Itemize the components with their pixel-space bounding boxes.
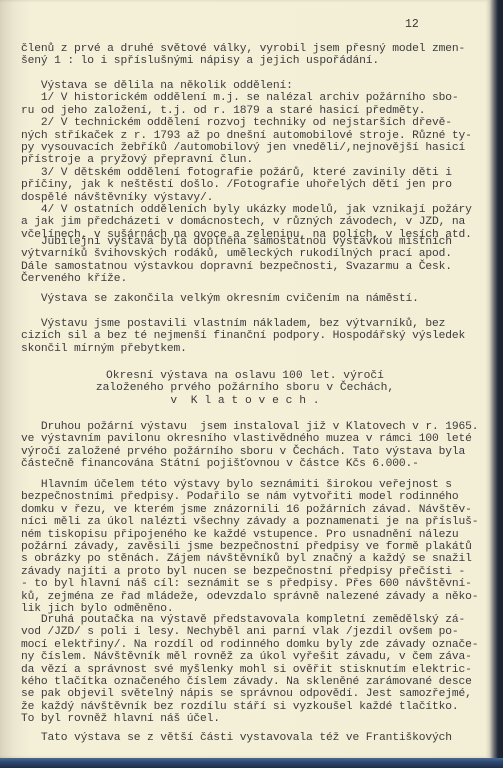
text-line: závady najíti a proto byl nucen se bezpe… bbox=[21, 566, 486, 578]
text-line: ve výstavním pavilonu okresního vlastivě… bbox=[21, 433, 486, 445]
text-line: přístroje a pryžový přepravní člun. bbox=[21, 154, 486, 166]
text-line: - to byl hlavní náš cíl: seznámit se s p… bbox=[21, 578, 486, 590]
text-line: Výstava se zakončila velkým okresním cvi… bbox=[21, 293, 486, 305]
text-line: Červeného kříže. bbox=[21, 273, 486, 285]
page-number: 12 bbox=[405, 18, 419, 31]
paragraph: Jubilejní výstava byla doplněna samostat… bbox=[21, 236, 486, 286]
text-line: ků, zejména ze řad mládeže, odevzdalo sp… bbox=[21, 591, 486, 603]
text-line: ných stříkaček z r. 1793 až po dnešní au… bbox=[21, 130, 486, 142]
text-line: domku v řezu, ve kterém jsme znázornili … bbox=[21, 504, 486, 516]
text-line: Dále samostatnou výstavkou dopravní bezp… bbox=[21, 261, 486, 273]
text-line: bezpečnostními předpisy. Podařilo se nám… bbox=[21, 491, 486, 503]
text-line: a jak jim předcházeti v domácnostech, v … bbox=[21, 216, 486, 228]
text-line: ru od jeho založení, t.j. od r. 1879 a s… bbox=[21, 105, 486, 117]
text-line: 2/ V technickém oddělení rozvoj techniky… bbox=[21, 117, 486, 129]
text-line: 4/ V ostatních odděleních byly ukázky mo… bbox=[21, 204, 486, 216]
text-line: 3/ V dětském oddělení fotografie požárů,… bbox=[21, 167, 486, 179]
text-line: To byl rovněž hlavní náš účel. bbox=[21, 713, 486, 725]
text-line: šený 1 : lo i spříslušnými nápisy a jeji… bbox=[21, 55, 486, 67]
text-line: cizích sil a bez té nejmenší finanční po… bbox=[21, 330, 486, 342]
text-line: Jubilejní výstava byla doplněna samostat… bbox=[21, 236, 486, 248]
text-line: výtvarníků švihovských rodáků, uměleckýc… bbox=[21, 248, 486, 260]
text-line: členů z prvé a druhé světové války, vyro… bbox=[21, 43, 486, 55]
text-line: py vysouvacích žebříků /automobilový jen… bbox=[21, 142, 486, 154]
text-line: vod /JZD/ s poli i lesy. Nechyběl ani pa… bbox=[21, 626, 486, 638]
typewritten-page: 12 členů z prvé a druhé světové války, v… bbox=[0, 0, 490, 758]
paragraph: Druhá poutačka na výstavě představovala … bbox=[21, 614, 486, 726]
text-line: ném tiskopisu připojeného ke každé vstup… bbox=[21, 529, 486, 541]
text-line: níci měli za úkol nalézti všechny závady… bbox=[21, 516, 486, 528]
text-line: Druhou požární výstavu jsem instaloval j… bbox=[21, 421, 486, 433]
text-line: výročí založené prvého požárního sboru v… bbox=[21, 446, 486, 458]
text-line: Výstava se dělila na několik oddělení: bbox=[21, 80, 486, 92]
text-line: dospělé návštěvníky výstavy/. bbox=[21, 192, 486, 204]
text-line: ny číslem. Návštěvník měl rovněž za úkol… bbox=[21, 651, 486, 663]
paragraph: členů z prvé a druhé světové války, vyro… bbox=[21, 43, 486, 68]
text-line: že každý návštěvník bez rozdílu stáří si… bbox=[21, 701, 486, 713]
text-line: Hlavním účelem této výstavy bylo seznámi… bbox=[21, 479, 486, 491]
text-line: skončil mírným přebytkem. bbox=[21, 343, 486, 355]
section-heading-line: v K l a t o v e c h . bbox=[0, 395, 490, 407]
text-line: Tato výstava se z větší části vystavoval… bbox=[21, 732, 486, 744]
text-line: Druhá poutačka na výstavě představovala … bbox=[21, 614, 486, 626]
text-line: 1/ V historickém oddělení m.j. se naléza… bbox=[21, 92, 486, 104]
text-line: Výstavu jsme postavili vlastním nákladem… bbox=[21, 318, 486, 330]
paragraph: Tato výstava se z větší části vystavoval… bbox=[21, 732, 486, 744]
text-line: se pak objevil světelný nápis se správno… bbox=[21, 688, 486, 700]
text-line: požární závady, zavěsili jsme bezpečnost… bbox=[21, 541, 486, 553]
paragraph: Výstava se zakončila velkým okresním cvi… bbox=[21, 293, 486, 305]
page-edge-shadow bbox=[490, 0, 503, 768]
section-heading-line: Okresní výstava na oslavu 100 let. výroč… bbox=[0, 370, 490, 382]
scanner-background bbox=[0, 758, 503, 768]
section-heading-line: založeného prvého požárního sboru v Čech… bbox=[0, 382, 490, 394]
text-line: částečně financována Státní pojišťovnou … bbox=[21, 458, 486, 470]
text-line: příčiny, jak k neštěstí došlo. /Fotograf… bbox=[21, 179, 486, 191]
text-line: mocí elektřiny/. Na rozdíl od rodinného … bbox=[21, 639, 486, 651]
paragraph: Druhou požární výstavu jsem instaloval j… bbox=[21, 421, 486, 471]
text-line: s obrázky po stěnách. Zájem návštěvníků … bbox=[21, 553, 486, 565]
paragraph: Výstava se dělila na několik oddělení: 1… bbox=[21, 80, 486, 241]
paragraph: Výstavu jsme postavili vlastním nákladem… bbox=[21, 318, 486, 355]
text-line: da vězí a správnost své myšlenky mohl si… bbox=[21, 664, 486, 676]
paragraph: Hlavním účelem této výstavy bylo seznámi… bbox=[21, 479, 486, 615]
text-line: kého tlačítka označeného číslem závady. … bbox=[21, 676, 486, 688]
